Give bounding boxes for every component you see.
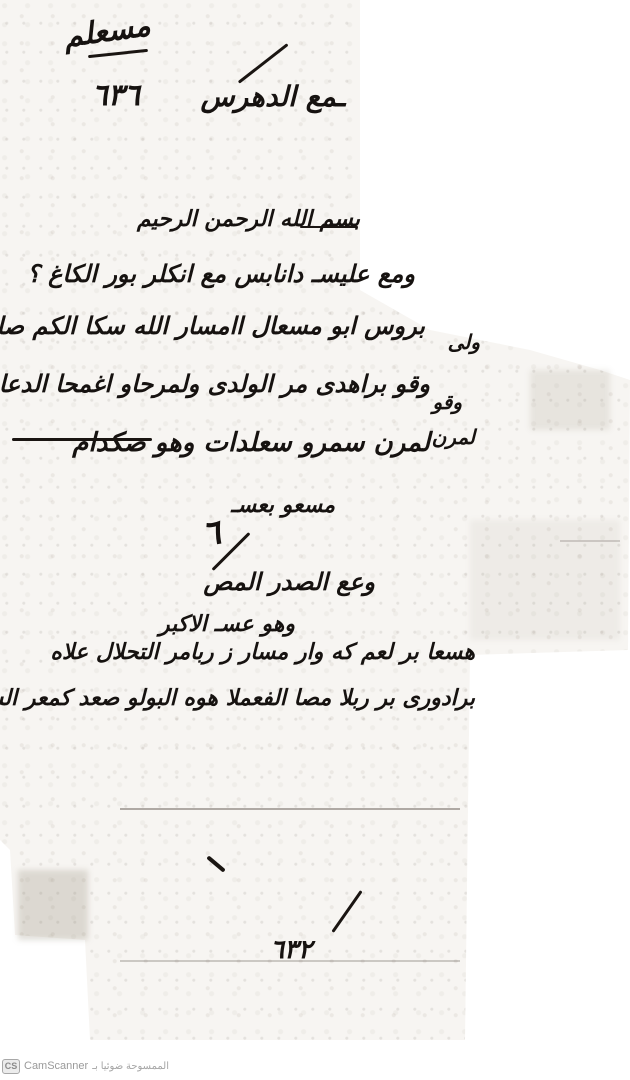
top-left-number: ٦٣٦ <box>92 78 140 113</box>
text-line-6: وعع الصدر المص <box>203 568 375 596</box>
top-right-title: ـمع الدهرس <box>201 80 345 113</box>
camscanner-logo-icon: CS <box>2 1059 20 1074</box>
watermark-brand: CamScanner <box>24 1060 88 1072</box>
text-line-5: مسعو بعسـ <box>231 493 335 518</box>
text-line-3: وقو براهدى مر الولدى ولمرحاو اغمحا الدعا <box>0 370 430 398</box>
camscanner-watermark: CS CamScanner الممسوحة ضوئيا بـ <box>2 1056 169 1076</box>
basmala-extension <box>300 226 358 228</box>
footer-number: ٦٣٢ <box>270 935 312 965</box>
text-line-4: لمرن سمرو سعلدات وهو صكدام <box>72 428 430 458</box>
paper-stain <box>470 520 620 640</box>
margin-note: ولى <box>448 330 480 354</box>
paper-stain <box>530 370 610 430</box>
line-extension-stroke <box>12 438 152 441</box>
margin-note: لمرن <box>432 425 475 449</box>
basmala: بسم الله الرحمن الرحيم <box>137 207 360 232</box>
text-line-8: هسعا بر لعم كه وار مسار ز ربامر التحلال … <box>50 640 475 665</box>
fold-line <box>120 808 460 810</box>
paper-stain <box>18 870 88 940</box>
watermark-arabic: الممسوحة ضوئيا بـ <box>92 1061 169 1072</box>
text-line-2: بروس ابو مسعال اامسار الله سكا الكم صاحل… <box>0 312 425 340</box>
text-line-9: برادورى بر ربلا مصا الفعملا هوه البولو ص… <box>0 686 475 711</box>
text-line-7: وهو عسـ الاكبر <box>159 612 295 637</box>
fold-line <box>560 540 620 542</box>
text-line-1: ومع عليسـ دانابس مع انكلر بور الكاغ ؟ <box>27 260 415 288</box>
margin-note: وقو <box>432 390 462 414</box>
scan-page: مسعلم ٦٣٦ ـمع الدهرس بسم الله الرحمن الر… <box>0 0 630 1080</box>
